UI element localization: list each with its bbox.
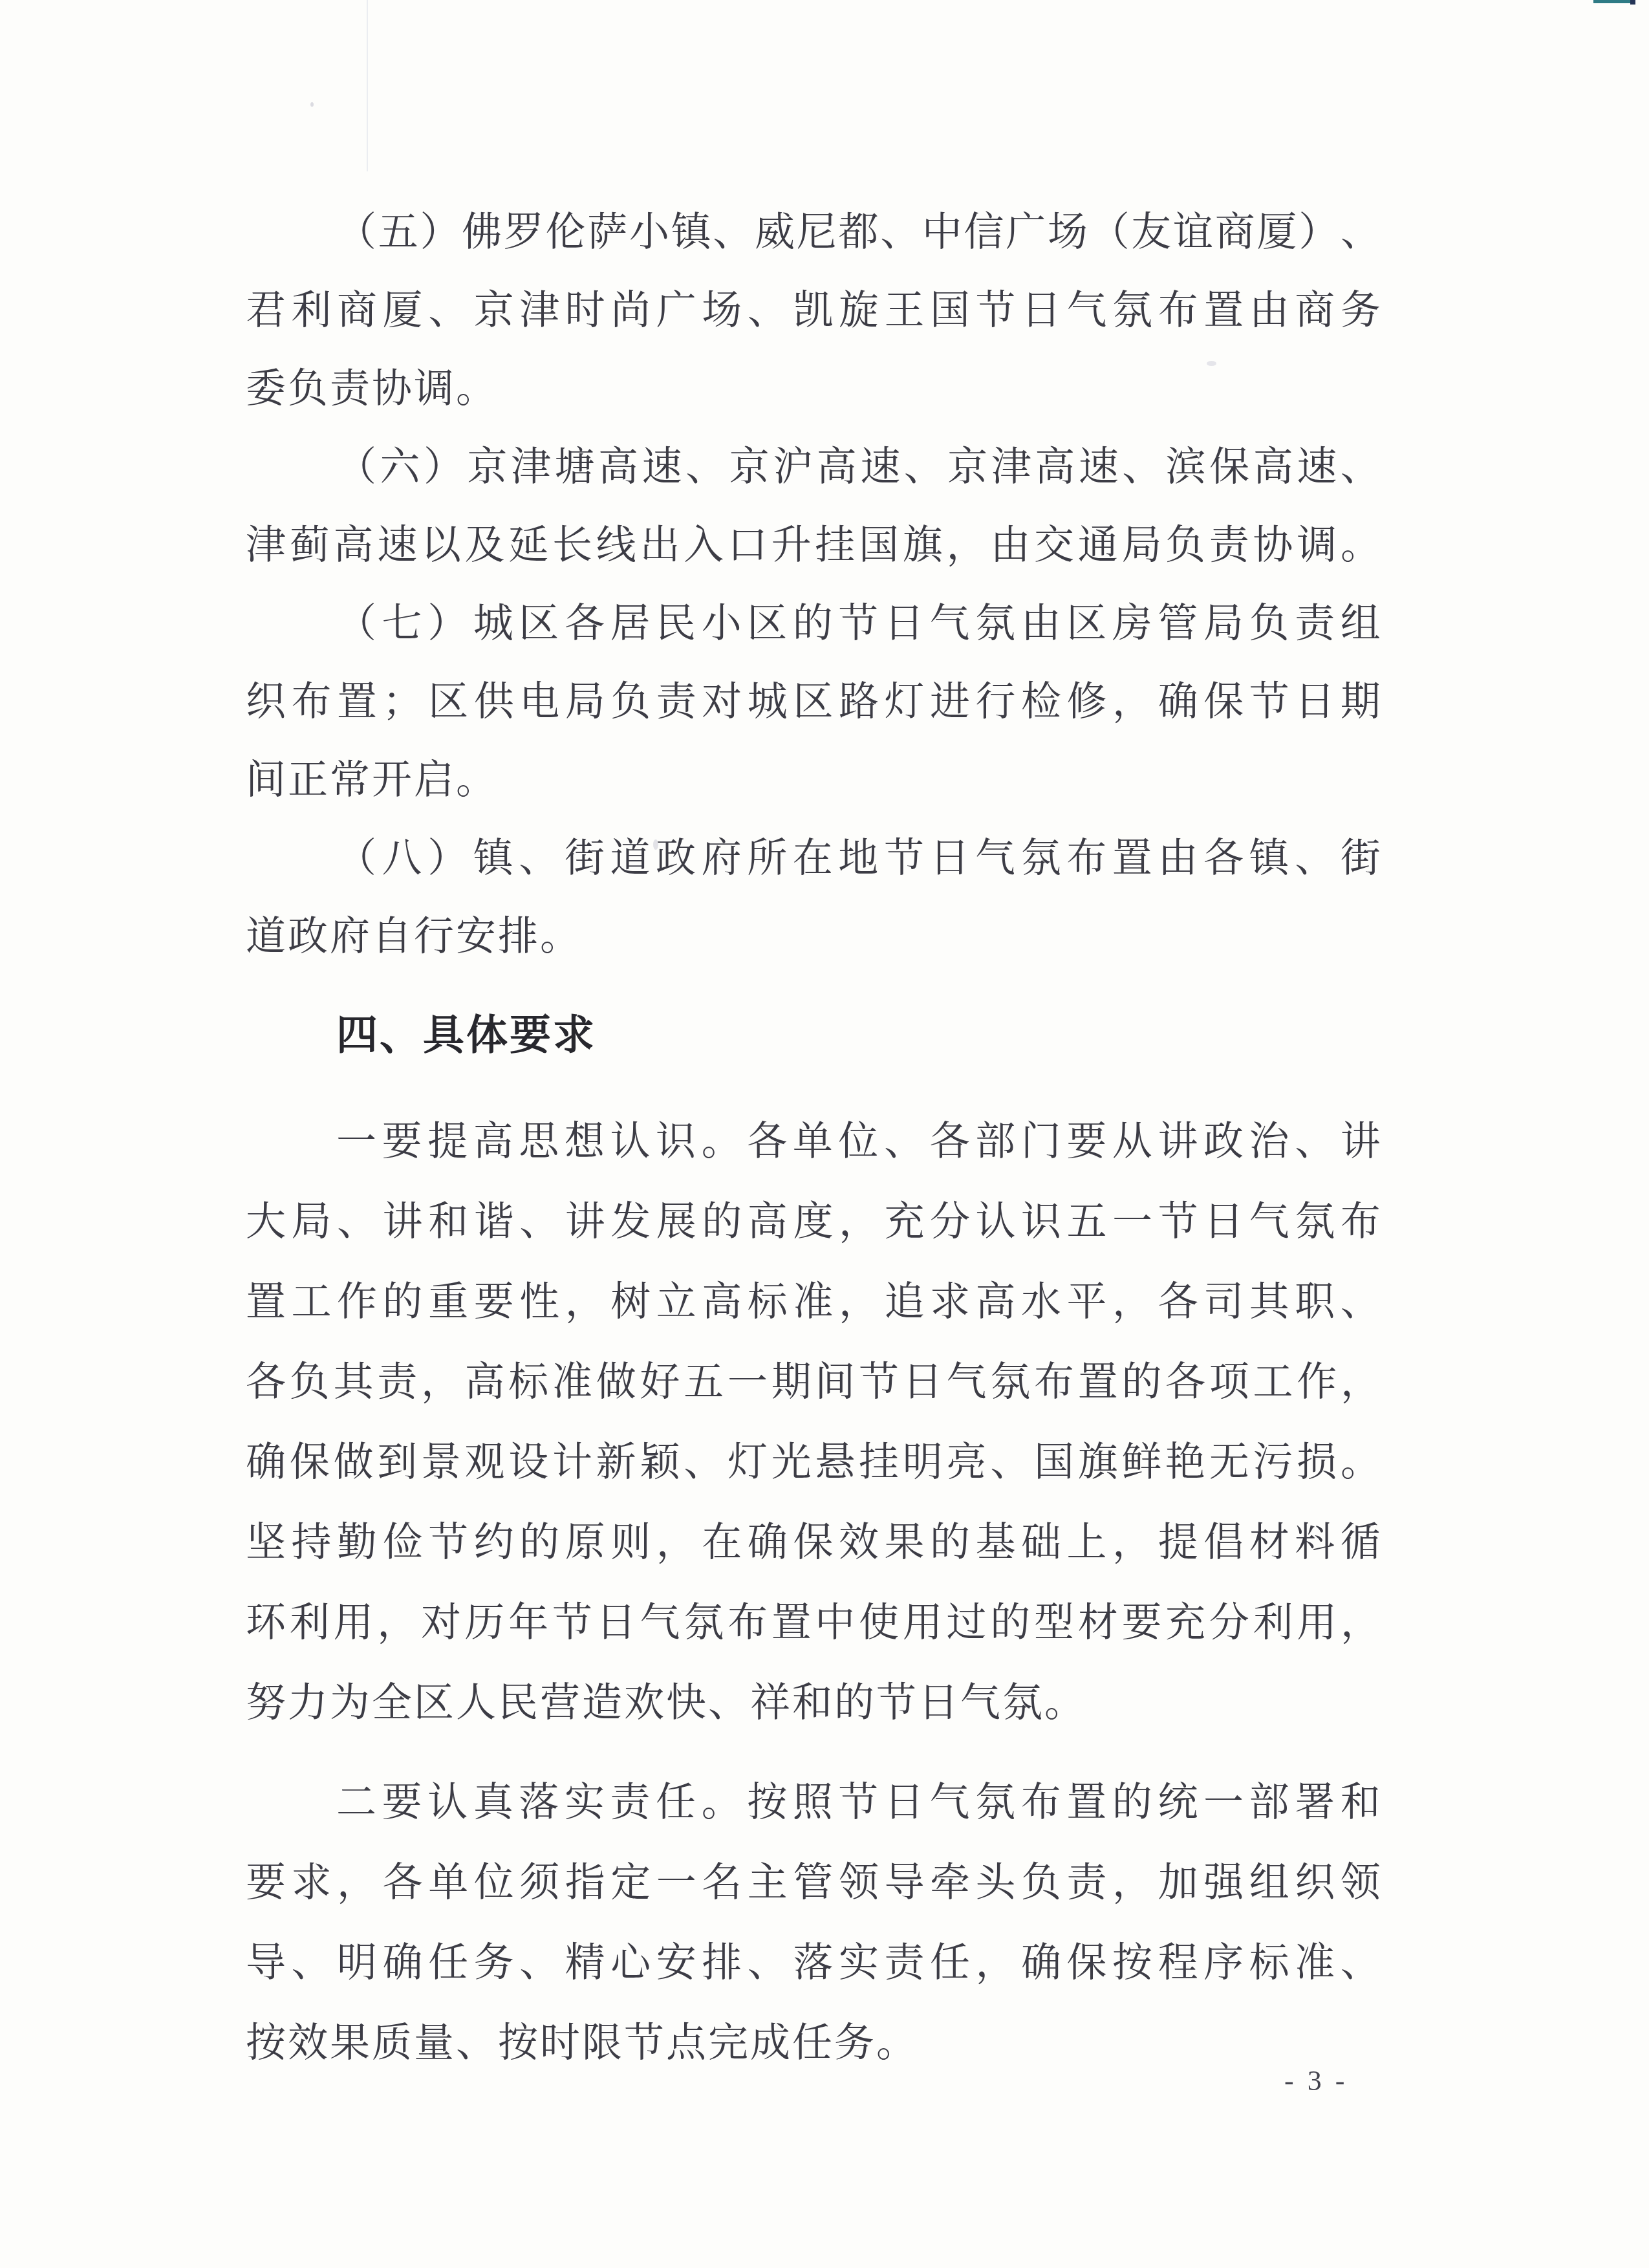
text-line: 道政府自行安排。 [246, 898, 1381, 977]
para-raise-awareness: 一要提高思想认识。各单位、各部门要从讲政治、讲大局、讲和谐、讲发展的高度，充分认… [246, 1102, 1381, 1744]
text-line: 确保做到景观设计新颖、灯光悬挂明亮、国旗鲜艳无污损。 [246, 1423, 1381, 1503]
text-line: 一要提高思想认识。各单位、各部门要从讲政治、讲 [246, 1102, 1381, 1182]
text-line: 环利用，对历年节日气氛布置中使用过的型材要充分利用， [246, 1583, 1381, 1663]
text-line: （八）镇、街道政府所在地节日气氛布置由各镇、街 [246, 820, 1381, 898]
text-line: 坚持勤俭节约的原则，在确保效果的基础上，提倡材料循 [246, 1503, 1381, 1583]
text-line: 各负其责，高标准做好五一期间节日气氛布置的各项工作， [246, 1343, 1381, 1423]
item-five: （五）佛罗伦萨小镇、威尼都、中信广场（友谊商厦）、君利商厦、京津时尚广场、凯旋王… [246, 194, 1381, 429]
text-line: 委负责协调。 [246, 351, 1381, 429]
scan-artifact-top-right [1593, 0, 1635, 3]
item-eight: （八）镇、街道政府所在地节日气氛布置由各镇、街道政府自行安排。 [246, 820, 1381, 977]
text-line: 按效果质量、按时限节点完成任务。 [246, 2003, 1381, 2084]
text-line: 君利商厦、京津时尚广场、凯旋王国节日气氛布置由商务 [246, 272, 1381, 351]
scan-fold-line [367, 0, 368, 171]
text-line: 导、明确任务、精心安排、落实责任，确保按程序标准、 [246, 1923, 1381, 2003]
text-line: 织布置；区供电局负责对城区路灯进行检修，确保节日期 [246, 664, 1381, 742]
item-seven: （七）城区各居民小区的节日气氛由区房管局负责组织布置；区供电局负责对城区路灯进行… [246, 585, 1381, 820]
page-number: - 3 - [1284, 2064, 1348, 2098]
text-line: 要求，各单位须指定一名主管领导牵头负责，加强组织领 [246, 1843, 1381, 1923]
text-line: （五）佛罗伦萨小镇、威尼都、中信广场（友谊商厦）、 [246, 194, 1381, 272]
text-line: 大局、讲和谐、讲发展的高度，充分认识五一节日气氛布 [246, 1182, 1381, 1262]
para-implement-responsibility: 二要认真落实责任。按照节日气氛布置的统一部署和要求，各单位须指定一名主管领导牵头… [246, 1763, 1381, 2084]
text-line: 间正常开启。 [246, 742, 1381, 820]
item-six: （六）京津塘高速、京沪高速、京津高速、滨保高速、津蓟高速以及延长线出入口升挂国旗… [246, 429, 1381, 585]
text-line: 努力为全区人民营造欢快、祥和的节日气氛。 [246, 1663, 1381, 1744]
text-line: 津蓟高速以及延长线出入口升挂国旗，由交通局负责协调。 [246, 507, 1381, 585]
scan-artifact-corner-nub [1630, 0, 1635, 5]
scanned-page: （五）佛罗伦萨小镇、威尼都、中信广场（友谊商厦）、君利商厦、京津时尚广场、凯旋王… [0, 0, 1649, 2268]
text-line: 置工作的重要性，树立高标准，追求高水平，各司其职、 [246, 1262, 1381, 1343]
scan-speck [310, 102, 314, 107]
text-line: （七）城区各居民小区的节日气氛由区房管局负责组 [246, 585, 1381, 664]
page: { "page": { "background_color": "#fdfdfb… [0, 0, 1649, 2268]
section-four-heading: 四、具体要求 [246, 993, 1381, 1076]
text-line: （六）京津塘高速、京沪高速、京津高速、滨保高速、 [246, 429, 1381, 507]
text-line: 二要认真落实责任。按照节日气氛布置的统一部署和 [246, 1763, 1381, 1843]
text-line: 四、具体要求 [246, 993, 1381, 1076]
document-text: （五）佛罗伦萨小镇、威尼都、中信广场（友谊商厦）、君利商厦、京津时尚广场、凯旋王… [246, 194, 1381, 2084]
